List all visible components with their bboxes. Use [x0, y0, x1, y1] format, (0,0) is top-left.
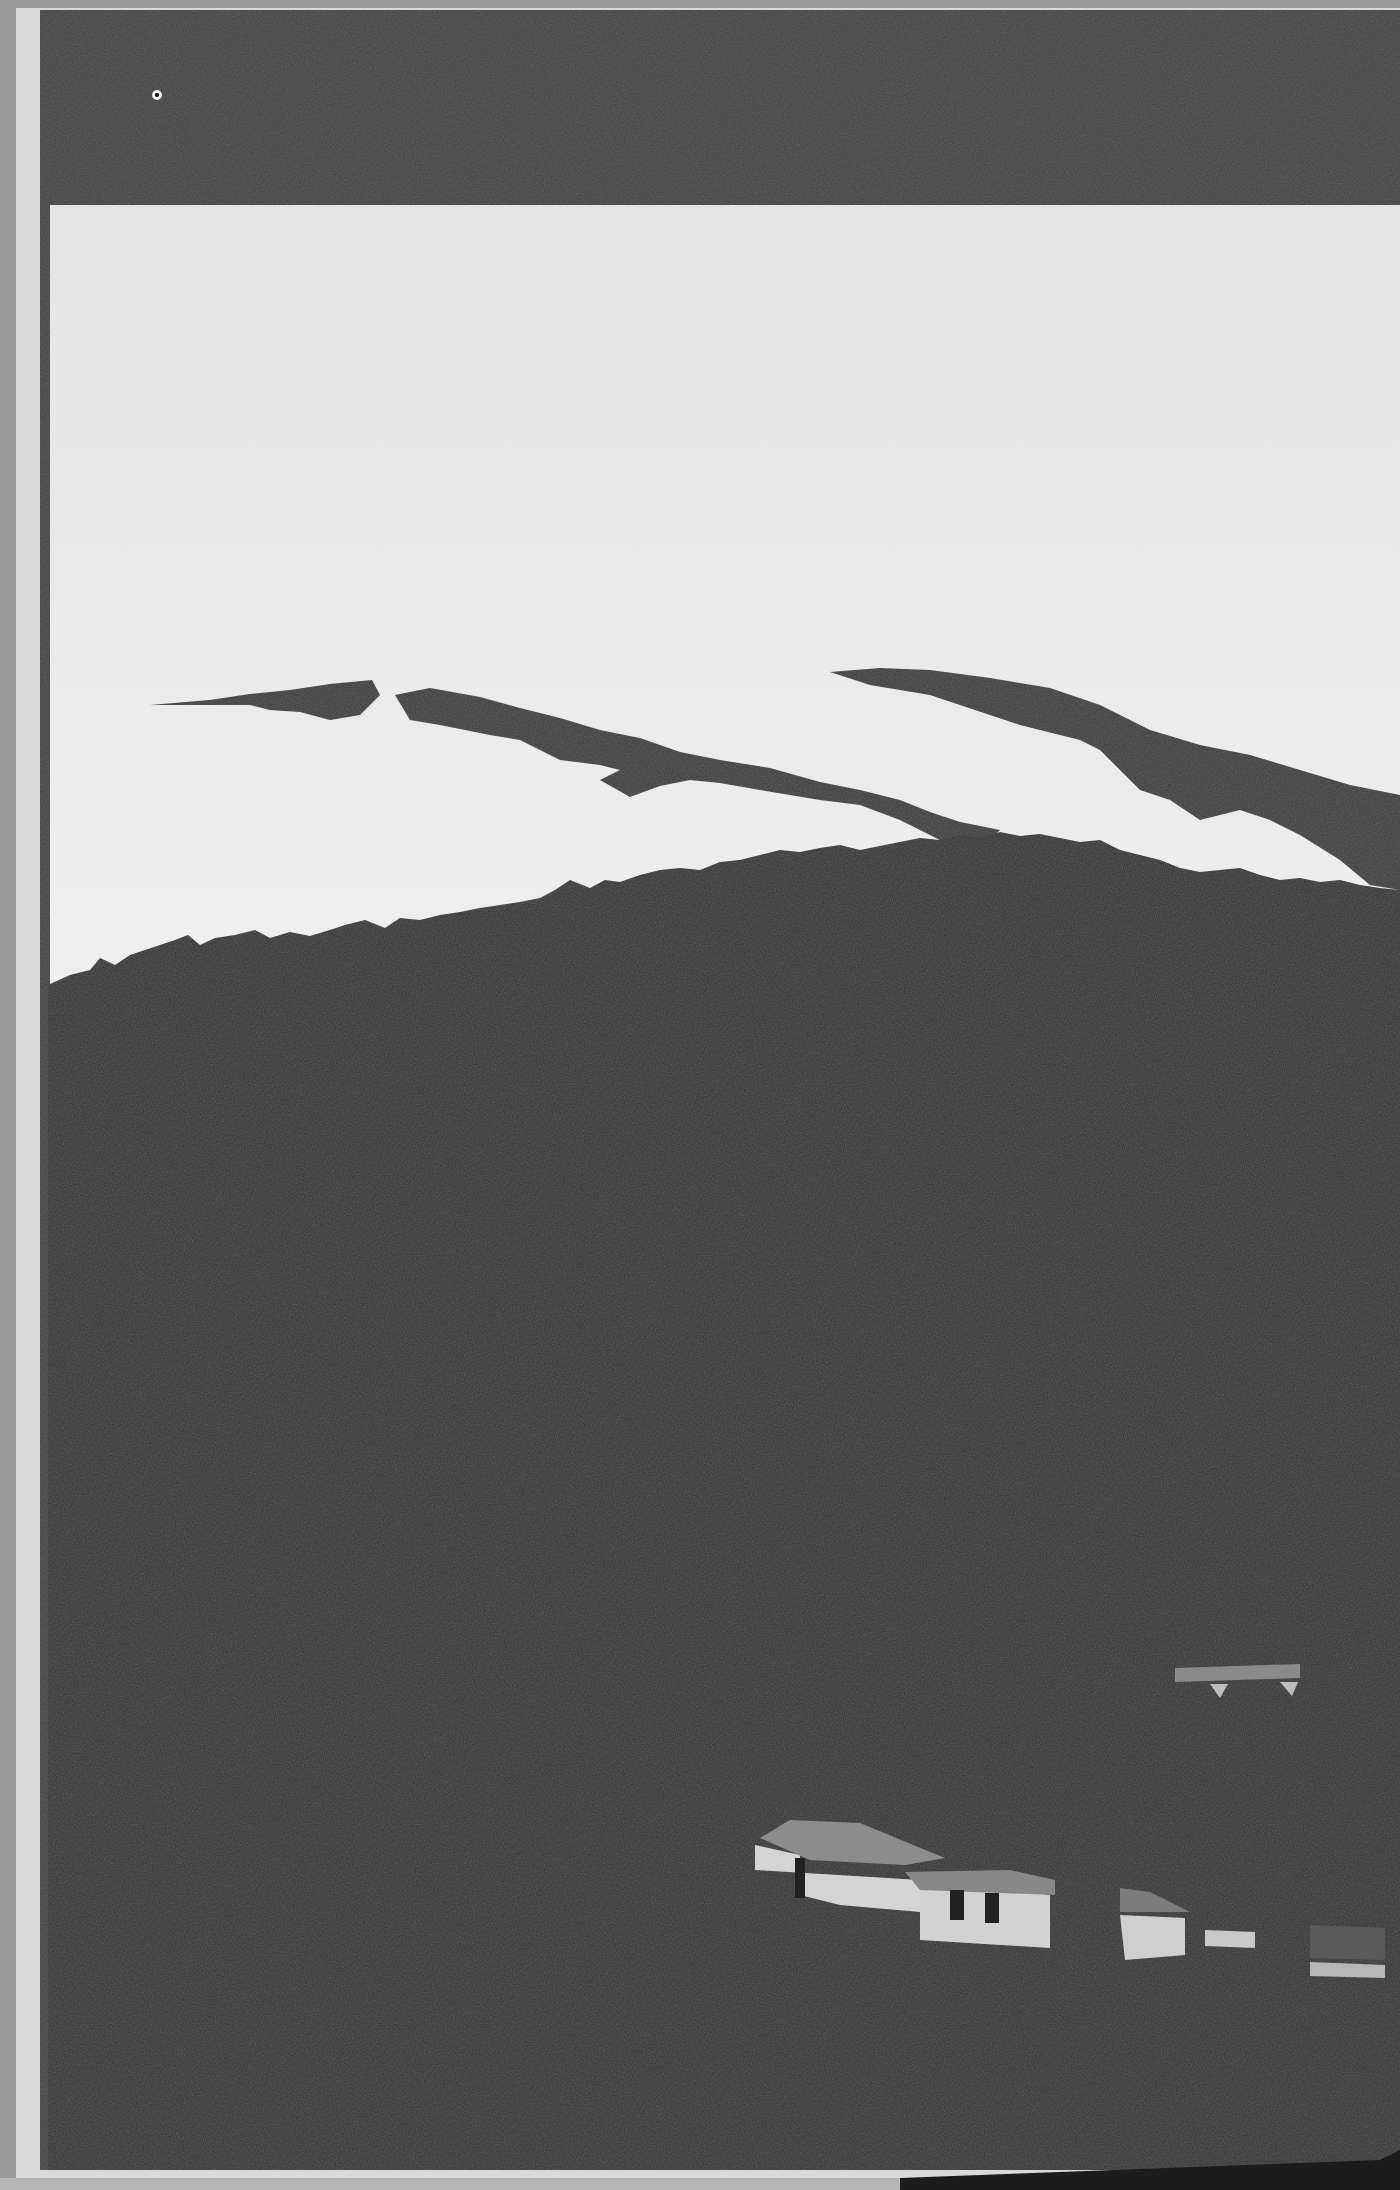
forested-hillside [48, 832, 1400, 2170]
landscape-photo [0, 0, 1400, 2190]
scanned-photo-page [0, 0, 1400, 2190]
